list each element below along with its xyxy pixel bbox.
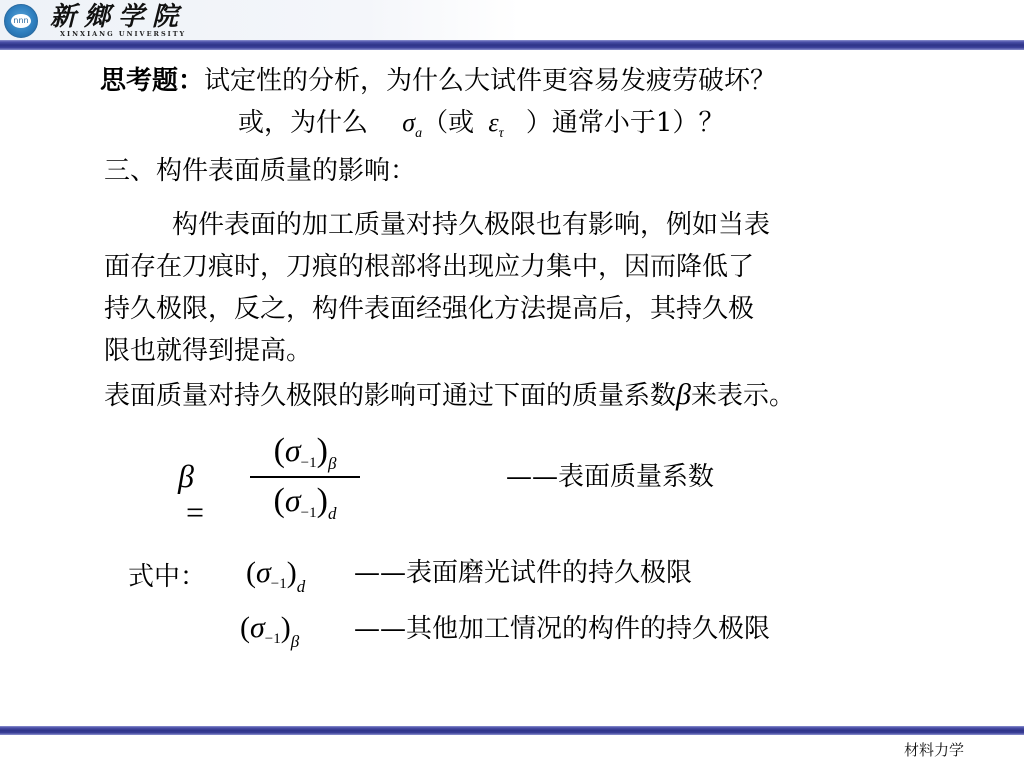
paragraph-line-4: 限也就得到提高。 [104,336,312,366]
question-line-1: 思考题：试定性的分析，为什么大试件更容易发疲劳破坏？ [100,66,776,96]
sigma-a-symbol: σ [402,108,415,137]
logo-text: nnn [11,14,31,28]
question-text-2-mid: （或 [422,108,474,138]
paragraph-line-1: 构件表面的加工质量对持久极限也有影响，例如当表 [172,210,770,240]
university-logo-icon: nnn [4,4,38,38]
summary-text-before: 表面质量对持久极限的影响可通过下面的质量系数 [104,381,676,411]
paragraph-line-2: 面存在刀痕时，刀痕的根部将出现应力集中，因而降低了 [104,252,754,282]
where-label: 式中： [128,562,206,592]
beta-symbol: β [676,378,691,411]
question-line-2: 或，为什么 σa（或 ετ ）通常小于1）？ [238,108,724,149]
formula-description: ——表面质量系数 [506,462,714,492]
section-title: 三、构件表面质量的影响： [104,156,416,186]
question-label: 思考题： [100,66,204,96]
course-name: 材料力学 [904,740,964,760]
question-text-2-suffix: ）通常小于1）？ [526,108,725,138]
formula-lhs: β = [178,458,204,530]
epsilon-tau-subscript: τ [499,126,504,141]
where-symbol-1: (σ−1)d [246,552,305,607]
formula-fraction: (σ−1)β (σ−1)d [250,428,360,528]
summary-text-after: 来表示。 [691,381,795,411]
university-name-en: XINXIANG UNIVERSITY [60,30,186,38]
header-divider-band [0,40,1024,50]
epsilon-tau-symbol: ε [488,108,498,137]
fraction-denominator: (σ−1)d [250,480,360,534]
summary-line: 表面质量对持久极限的影响可通过下面的质量系数β来表示。 [104,380,795,411]
where-symbol-2: (σ−1)β [240,608,299,662]
university-name-cn: 新鄉学院 [50,2,186,32]
footer-divider-band [0,726,1024,735]
where-description-2: ——其他加工情况的构件的持久极限 [354,614,770,644]
question-text-1: 试定性的分析，为什么大试件更容易发疲劳破坏？ [204,66,776,96]
where-description-1: ——表面磨光试件的持久极限 [354,558,692,588]
paragraph-line-3: 持久极限，反之，构件表面经强化方法提高后，其持久极 [104,294,754,324]
question-text-2-prefix: 或，为什么 [238,108,368,138]
fraction-bar [250,476,360,478]
